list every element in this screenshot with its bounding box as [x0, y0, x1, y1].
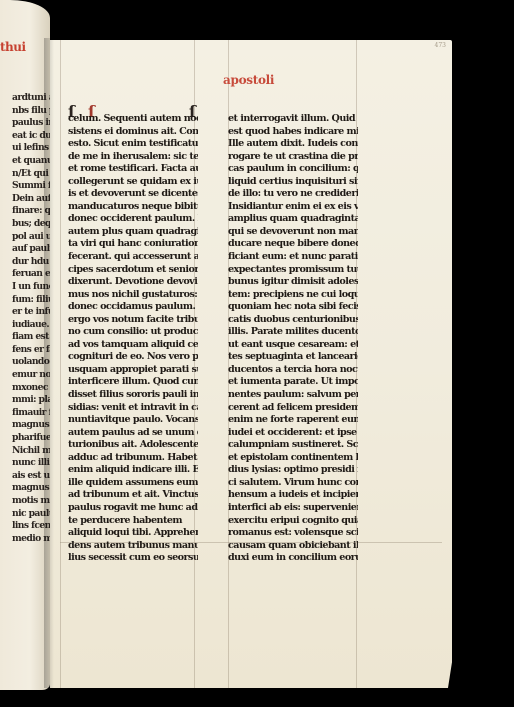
text-line: et interrogavit illum. Quid	[228, 113, 358, 126]
text-line: et epistolam continentem hec. Clau	[228, 452, 358, 465]
left-running-head: thui	[0, 40, 26, 54]
text-line: exercitu eripui cognito quia	[228, 515, 358, 528]
text-line: nuntiavitque paulo. Vocans	[68, 414, 198, 427]
text-line: ducare neque bibere donec inter	[228, 238, 358, 251]
text-line: et rome testificari. Facta autem die	[68, 163, 198, 176]
text-line: mus nos nichil gustaturos:	[68, 289, 198, 302]
text-line: tes septuaginta et lancearios	[228, 351, 358, 364]
text-line: enim ne forte raperent eum	[228, 414, 358, 427]
text-column-left: celum. Sequenti autem nocte asistens ei …	[68, 113, 198, 565]
text-line: est quod habes indicare michi.	[228, 126, 358, 139]
text-line: ad tribunum et ait. Vinctus	[68, 489, 198, 502]
text-line: ut eant usque cesaream: et equi	[228, 339, 358, 352]
text-line: ci salutem. Virum hunc compre	[228, 477, 358, 490]
text-line: enim aliquid indicare illi. Et	[68, 464, 198, 477]
text-line: fecerant. qui accesserunt ad prin	[68, 251, 198, 264]
text-line: lius secessit cum eo seorsum:	[68, 552, 198, 565]
text-line: catis duobus centurionibus dixit	[228, 314, 358, 327]
text-line: duxi eum in concilium eorum.	[228, 552, 358, 565]
text-line: dixerunt. Devotione devovi	[68, 276, 198, 289]
text-line: de illo: tu vero ne credideris illis.	[228, 188, 358, 201]
text-line: autem paulus ad se unum ex cen	[68, 427, 198, 440]
text-line: usquam appropiet parati sumus	[68, 364, 198, 377]
text-line: quoniam hec nota sibi fecisset. Et vo	[228, 301, 358, 314]
text-line: dius lysias: optimo presidi feli	[228, 464, 358, 477]
text-line: disset filius sororis pauli in	[68, 389, 198, 402]
text-line: de me in iherusalem: sic te oportet	[68, 151, 198, 164]
text-line: amplius quam quadraginta:	[228, 213, 358, 226]
text-line: hensum a iudeis et incipientem	[228, 489, 358, 502]
text-line: cognituri de eo. Nos vero pri	[68, 351, 198, 364]
text-line: ficiant eum: et nunc parati sunt	[228, 251, 358, 264]
folio-number: 473	[435, 42, 446, 49]
text-line: et iumenta parate. Ut impo	[228, 376, 358, 389]
text-line: rogare te ut crastina die produ	[228, 151, 358, 164]
text-line: is et devoverunt se dicentes neque	[68, 188, 198, 201]
text-line: cerent ad felicem presidem. Timuit	[228, 402, 358, 415]
text-line: tem: precipiens ne cui loqueretur	[228, 289, 358, 302]
text-line: interficere illum. Quod cum au	[68, 376, 198, 389]
text-line: te perducere habentem	[68, 515, 198, 528]
text-line: dens autem tribunus manum il	[68, 540, 198, 553]
text-line: cas paulum in concilium: quasi a	[228, 163, 358, 176]
text-line: bunus igitur dimisit adolescen	[228, 276, 358, 289]
text-column-right: et interrogavit illum. Quidest quod habe…	[228, 113, 358, 565]
manuscript-page: 473 apostoli ſ ſ ſ celum. Sequenti autem…	[50, 40, 452, 688]
text-line: nentes paulum: salvum perdu	[228, 389, 358, 402]
running-title: apostoli	[223, 73, 274, 87]
text-line: collegerunt se quidam ex iude-	[68, 176, 198, 189]
text-line: esto. Sicut enim testificatus es	[68, 138, 198, 151]
text-line: donec occiderent paulum. Erat	[68, 213, 198, 226]
text-line: ad vos tamquam aliquid certi	[68, 339, 198, 352]
text-line: donec occidamus paulum. Nunc	[68, 301, 198, 314]
text-line: sistens ei dominus ait. Constans	[68, 126, 198, 139]
text-line: ta viri qui hanc coniuratione	[68, 238, 198, 251]
text-line: paulus rogavit me hunc ad	[68, 502, 198, 515]
text-line: ille quidem assumens eum duxit	[68, 477, 198, 490]
text-line: autem plus quam quadragin	[68, 226, 198, 239]
text-line: ducentos a tercia hora noctis:	[228, 364, 358, 377]
text-line: Insidiantur enim ei ex eis viri	[228, 201, 358, 214]
text-line: turionibus ait. Adolescentem hunc	[68, 439, 198, 452]
text-line: Ille autem dixit. Iudeis convenit	[228, 138, 358, 151]
text-line: illis. Parate milites ducentos	[228, 326, 358, 339]
facing-page-left: thui ardtuni auinbs filu papaulus imeat …	[0, 0, 50, 690]
ruling-line	[60, 40, 61, 688]
text-line: ergo vos notum facite tribu	[68, 314, 198, 327]
text-line: celum. Sequenti autem nocte a	[68, 113, 198, 126]
text-line: adduc ad tribunum. Habet	[68, 452, 198, 465]
text-line: expectantes promissum tuum. Tri	[228, 264, 358, 277]
gutter-shadow	[44, 38, 54, 688]
text-line: qui se devoverunt non man	[228, 226, 358, 239]
text-line: romanus est: volensque scire	[228, 527, 358, 540]
text-line: iudei et occiderent: et ipse postea	[228, 427, 358, 440]
text-line: sidias: venit et intravit in castra	[68, 402, 198, 415]
text-line: calumpniam sustineret. Scribens	[228, 439, 358, 452]
text-line: interfici ab eis: superveniens cum	[228, 502, 358, 515]
text-line: aliquid loqui tibi. Apprehen	[68, 527, 198, 540]
text-line: manducaturos neque bibituros	[68, 201, 198, 214]
text-line: causam quam obiciebant illi de	[228, 540, 358, 553]
text-line: no cum consilio: ut producat illu	[68, 326, 198, 339]
text-line: cipes sacerdotum et seniores: et	[68, 264, 198, 277]
text-line: liquid certius inquisituri sint	[228, 176, 358, 189]
